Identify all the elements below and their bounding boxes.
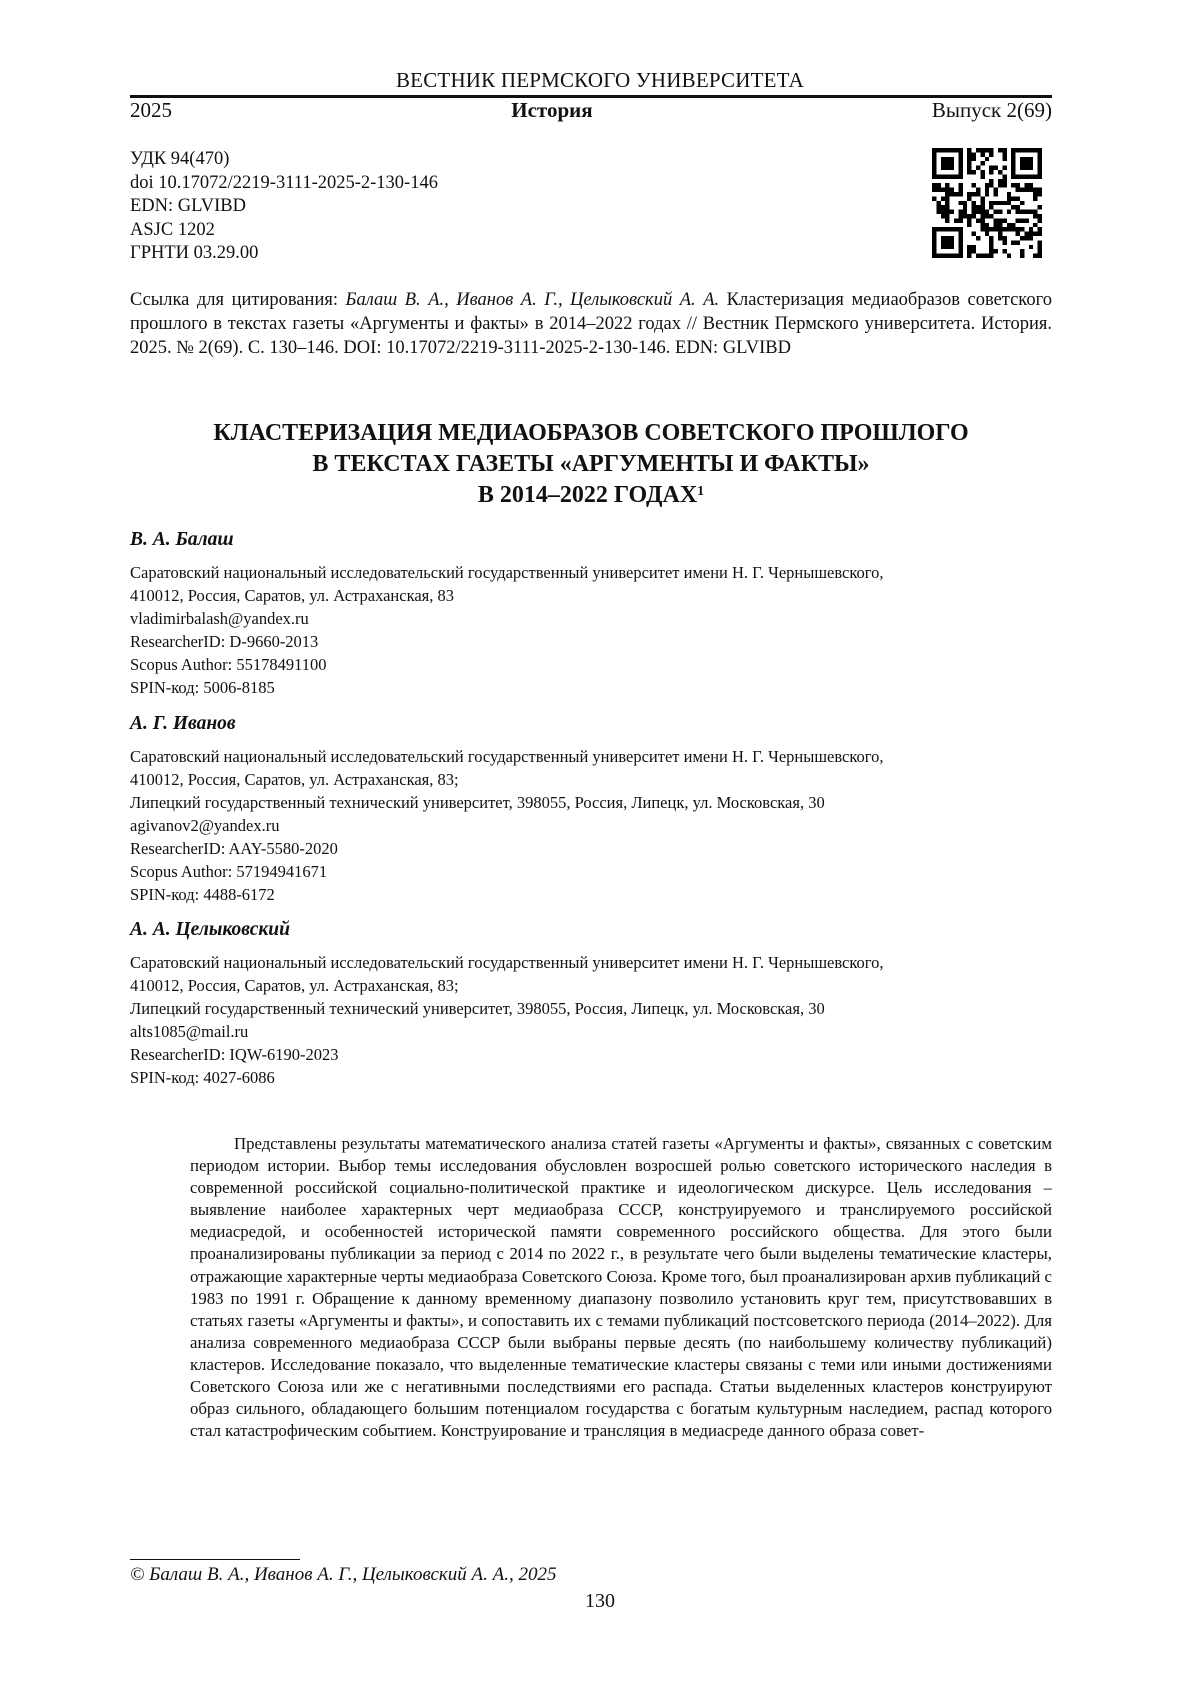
grnti: ГРНТИ 03.29.00 — [130, 242, 438, 266]
abstract: Представлены результаты математического … — [190, 1133, 1052, 1442]
author-researcher-id: ResearcherID: D-9660-2013 — [130, 630, 1070, 653]
author-email[interactable]: agivanov2@yandex.ru — [130, 814, 1070, 837]
article-title: КЛАСТЕРИЗАЦИЯ МЕДИАОБРАЗОВ СОВЕТСКОГО ПР… — [130, 418, 1052, 511]
author-researcher-id: ResearcherID: IQW-6190-2023 — [130, 1043, 1070, 1066]
author-address: 410012, Россия, Саратов, ул. Астраханска… — [130, 974, 1070, 997]
author-email[interactable]: vladimirbalash@yandex.ru — [130, 607, 1070, 630]
author-affiliation: Саратовский национальный исследовательск… — [130, 745, 1070, 768]
author-email[interactable]: alts1085@mail.ru — [130, 1020, 1070, 1043]
author-scopus-id: Scopus Author: 55178491100 — [130, 653, 1070, 676]
author-block: В. А. Балаш Саратовский национальный исс… — [130, 528, 1070, 699]
title-line-1: КЛАСТЕРИЗАЦИЯ МЕДИАОБРАЗОВ СОВЕТСКОГО ПР… — [130, 418, 1052, 449]
header-year: 2025 — [130, 98, 172, 123]
citation-authors: Балаш В. А., Иванов А. Г., Целыковский А… — [346, 290, 720, 310]
journal-title: ВЕСТНИК ПЕРМСКОГО УНИВЕРСИТЕТА — [0, 68, 1200, 93]
udk: УДК 94(470) — [130, 148, 438, 172]
author-spin: SPIN-код: 5006-8185 — [130, 676, 1070, 699]
author-affiliation: Саратовский национальный исследовательск… — [130, 561, 1070, 584]
author-scopus-id: Scopus Author: 57194941671 — [130, 860, 1070, 883]
footnote-rule — [130, 1559, 300, 1560]
document-page: ВЕСТНИК ПЕРМСКОГО УНИВЕРСИТЕТА 2025 Исто… — [0, 0, 1200, 1697]
edn: EDN: GLVIBD — [130, 195, 438, 219]
page-number: 130 — [0, 1590, 1200, 1613]
author-address: 410012, Россия, Саратов, ул. Астраханска… — [130, 584, 1070, 607]
author-affiliation-2: Липецкий государственный технический уни… — [130, 997, 1070, 1020]
title-line-2: В ТЕКСТАХ ГАЗЕТЫ «АРГУМЕНТЫ И ФАКТЫ» — [130, 449, 1052, 480]
author-address: 410012, Россия, Саратов, ул. Астраханска… — [130, 768, 1070, 791]
author-affiliation-2: Липецкий государственный технический уни… — [130, 791, 1070, 814]
doi: doi 10.17072/2219-3111-2025-2-130-146 — [130, 172, 438, 196]
author-spin: SPIN-код: 4488-6172 — [130, 883, 1070, 906]
footnote-mark[interactable]: 1 — [697, 484, 704, 499]
author-name: А. Г. Иванов — [130, 712, 1070, 735]
author-researcher-id: ResearcherID: AAY-5580-2020 — [130, 837, 1070, 860]
citation-label: Ссылка для цитирования: — [130, 290, 346, 310]
copyright: © Балаш В. А., Иванов А. Г., Целыковский… — [130, 1564, 557, 1586]
title-line-3: В 2014–2022 ГОДАХ — [478, 482, 697, 508]
author-spin: SPIN-код: 4027-6086 — [130, 1066, 1070, 1089]
article-metadata: УДК 94(470) doi 10.17072/2219-3111-2025-… — [130, 148, 438, 266]
asjc: ASJC 1202 — [130, 219, 438, 243]
author-block: А. Г. Иванов Саратовский национальный ис… — [130, 712, 1070, 906]
citation: Ссылка для цитирования: Балаш В. А., Ива… — [130, 288, 1052, 360]
author-name: А. А. Целыковский — [130, 918, 1070, 941]
author-block: А. А. Целыковский Саратовский национальн… — [130, 918, 1070, 1089]
qr-code-icon — [932, 148, 1042, 258]
header-section: История — [511, 98, 592, 123]
header-issue: Выпуск 2(69) — [932, 98, 1052, 123]
author-affiliation: Саратовский национальный исследовательск… — [130, 951, 1070, 974]
running-header: 2025 История Выпуск 2(69) — [130, 98, 1052, 123]
author-name: В. А. Балаш — [130, 528, 1070, 551]
